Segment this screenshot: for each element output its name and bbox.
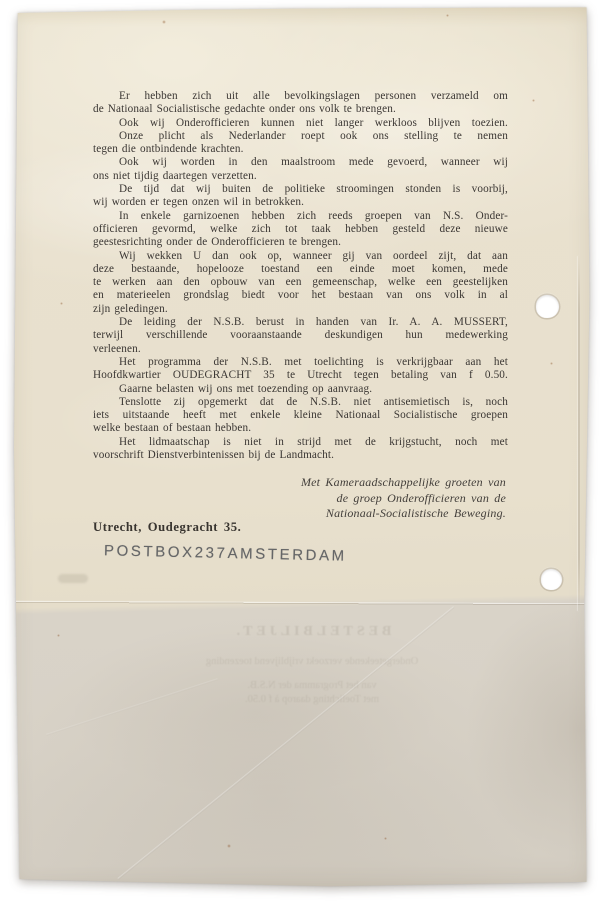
text-line: voorschrift Dienstverbintenissen bij de …: [93, 449, 508, 462]
bleed-line: Ondergeteekende verzoekt vrijblijvend to…: [140, 656, 484, 667]
scanned-document-canvas: Er hebben zich uit alle bevolkingslagen …: [0, 0, 600, 906]
diagonal-crease: [46, 678, 218, 736]
text-line: De leiding der N.S.B. berust in handen v…: [93, 316, 508, 329]
text-line: de Nationaal Socialistische gedachte ond…: [93, 103, 508, 116]
document-body-text: Er hebben zich uit alle bevolkingslagen …: [93, 90, 508, 462]
verso-bleed-through-text: BESTELBILJET. Ondergeteekende verzoekt v…: [140, 624, 484, 705]
foxing-speck: [550, 362, 553, 365]
text-line: Onze plicht als Nederlander roept ook on…: [93, 130, 508, 143]
text-line: deze bestaande, hopelooze toestand een e…: [93, 263, 508, 276]
punch-hole-bottom: [541, 569, 562, 590]
paper-sheet: Er hebben zich uit alle bevolkingslagen …: [12, 6, 590, 888]
text-line: terwijl verschillende vooraanstaande des…: [93, 329, 508, 342]
text-line: Wij wekken U dan ook op, wanneer gij van…: [93, 250, 508, 263]
text-line: te werken aan den opbouw van een gemeens…: [93, 276, 508, 289]
text-line: Gaarne belasten wij ons met toezending o…: [93, 383, 508, 396]
text-line: tegen die ontbindende krachten.: [93, 143, 508, 156]
text-line: iets uitstaande heeft met enkele kleine …: [93, 409, 508, 422]
foxing-speck: [227, 844, 231, 848]
text-line: geestesrichting onder de Onderofficieren…: [93, 236, 508, 249]
bleed-line: BESTELBILJET.: [140, 624, 484, 640]
punch-hole-top: [536, 295, 559, 318]
text-line: Ook wij Onderofficieren kunnen niet lang…: [93, 117, 508, 130]
text-line: zijn geledingen.: [93, 303, 508, 316]
text-line: wij worden er tegen onzen wil in betrokk…: [93, 196, 508, 209]
text-line: Tenslotte zij opgemerkt dat de N.S.B. ni…: [93, 396, 508, 409]
foxing-speck: [446, 14, 449, 17]
foxing-speck: [532, 99, 535, 102]
text-line: Het lidmaatschap is niet in strijd met d…: [93, 436, 508, 449]
rubber-stamp-postbox: POSTBOX237AMSTERDAM: [104, 542, 347, 565]
text-line: De tijd dat wij buiten de politieke stro…: [93, 183, 508, 196]
closing-line: Nationaal-Socialistische Beweging.: [206, 506, 506, 522]
foxing-speck: [60, 302, 63, 305]
closing-signature-block: Met Kameraadschappelijke groeten van de …: [206, 475, 506, 522]
pencil-smudge: [58, 574, 88, 583]
foxing-speck: [384, 837, 387, 840]
foxing-speck: [57, 634, 60, 637]
text-line: Ook wij worden in den maalstroom mede ge…: [93, 156, 508, 169]
horizontal-fold-line: [14, 601, 588, 607]
text-line: ons niet tijdig daartegen verzetten.: [93, 170, 508, 183]
text-line: Er hebben zich uit alle bevolkingslagen …: [93, 90, 508, 103]
text-line: In enkele garnizoenen hebben zich reeds …: [93, 210, 508, 223]
text-line: officieren gevormd, welke zich tot taak …: [93, 223, 508, 236]
closing-line: de groep Onderofficieren van de: [206, 491, 506, 507]
text-line: verleenen.: [93, 343, 508, 356]
closing-line: Met Kameraadschappelijke groeten van: [206, 475, 506, 491]
diagonal-crease: [118, 606, 455, 879]
text-line: Hoofdkwartier OUDEGRACHT 35 te Utrecht t…: [93, 369, 508, 382]
bleed-line: met Toelichting daarop à f 0.50.: [140, 694, 484, 705]
text-line: en materieelen grondslag biedt voor het …: [93, 289, 508, 302]
text-line: welke bestaan of bestaan hebben.: [93, 422, 508, 435]
foxing-speck: [162, 20, 166, 24]
vertical-crease: [578, 256, 580, 611]
bleed-line: van het Programma der N.S.B.: [140, 680, 484, 691]
paper-sheet-wrapper: Er hebben zich uit alle bevolkingslagen …: [12, 6, 590, 888]
place-address-line: Utrecht, Oudegracht 35.: [93, 520, 241, 535]
text-line: Het programma der N.S.B. met toelichting…: [93, 356, 508, 369]
